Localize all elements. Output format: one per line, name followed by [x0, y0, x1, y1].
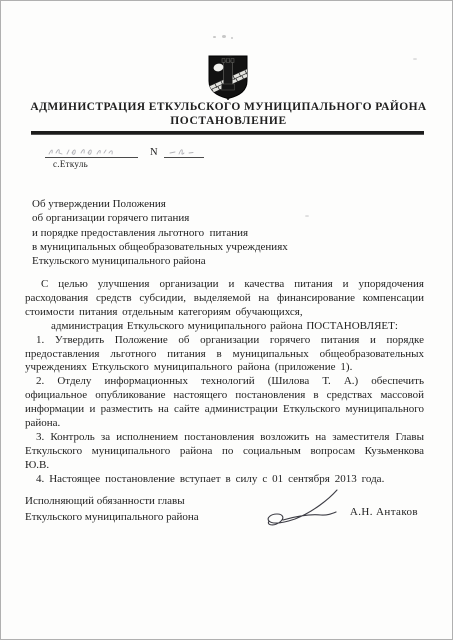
signature-scribble	[253, 486, 353, 536]
place-name: с.Еткуль	[53, 159, 88, 169]
scan-speck	[305, 215, 309, 217]
resolves-line: администрация Еткульского муниципального…	[25, 320, 424, 334]
signer-position: Исполняющий обязанности главы Еткульског…	[25, 494, 199, 525]
intro-paragraph: С целью улучшения организации и качества…	[25, 278, 424, 320]
subject-block: Об утверждении Положенияоб организации г…	[32, 197, 288, 268]
scan-speck	[213, 36, 216, 38]
date-line	[45, 143, 138, 158]
resolution-item: 4. Настоящее постановление вступает в си…	[25, 473, 424, 487]
number-label: N	[150, 147, 158, 158]
handwritten-date-scribble	[45, 143, 138, 157]
header-rule	[31, 131, 424, 135]
resolution-item: 3. Контроль за исполнением постановления…	[25, 431, 424, 473]
document-type-title: ПОСТАНОВЛЕНИЕ	[21, 115, 436, 127]
scan-speck	[222, 35, 226, 38]
signer-position-line2: Еткульского муниципального района	[25, 510, 199, 526]
document-page: АДМИНИСТРАЦИЯ ЕТКУЛЬСКОГО МУНИЦИПАЛЬНОГО…	[0, 0, 453, 640]
organization-name: АДМИНИСТРАЦИЯ ЕТКУЛЬСКОГО МУНИЦИПАЛЬНОГО…	[21, 101, 436, 114]
number-line	[164, 143, 204, 158]
subject-line: Еткульского муниципального района	[32, 254, 288, 268]
resolution-item: 1. Утвердить Положение об организации го…	[25, 334, 424, 376]
signer-name: А.Н. Антаков	[350, 505, 418, 521]
signer-position-line1: Исполняющий обязанности главы	[25, 494, 199, 510]
subject-line: об организации горячего питания	[32, 211, 288, 225]
scan-speck	[231, 37, 233, 39]
subject-line: в муниципальных общеобразовательных учре…	[32, 240, 288, 254]
resolution-items: 1. Утвердить Положение об организации го…	[25, 334, 424, 487]
body-text: С целью улучшения организации и качества…	[25, 278, 424, 487]
subject-line: Об утверждении Положения	[32, 197, 288, 211]
subject-line: и порядке предоставления льготного питан…	[32, 226, 288, 240]
scan-speck	[413, 58, 417, 60]
coat-of-arms-icon	[207, 54, 249, 100]
signature-block: Исполняющий обязанности главы Еткульског…	[25, 494, 424, 554]
handwritten-number-scribble	[164, 143, 204, 157]
resolution-item: 2. Отделу информационных технологий (Шил…	[25, 375, 424, 431]
